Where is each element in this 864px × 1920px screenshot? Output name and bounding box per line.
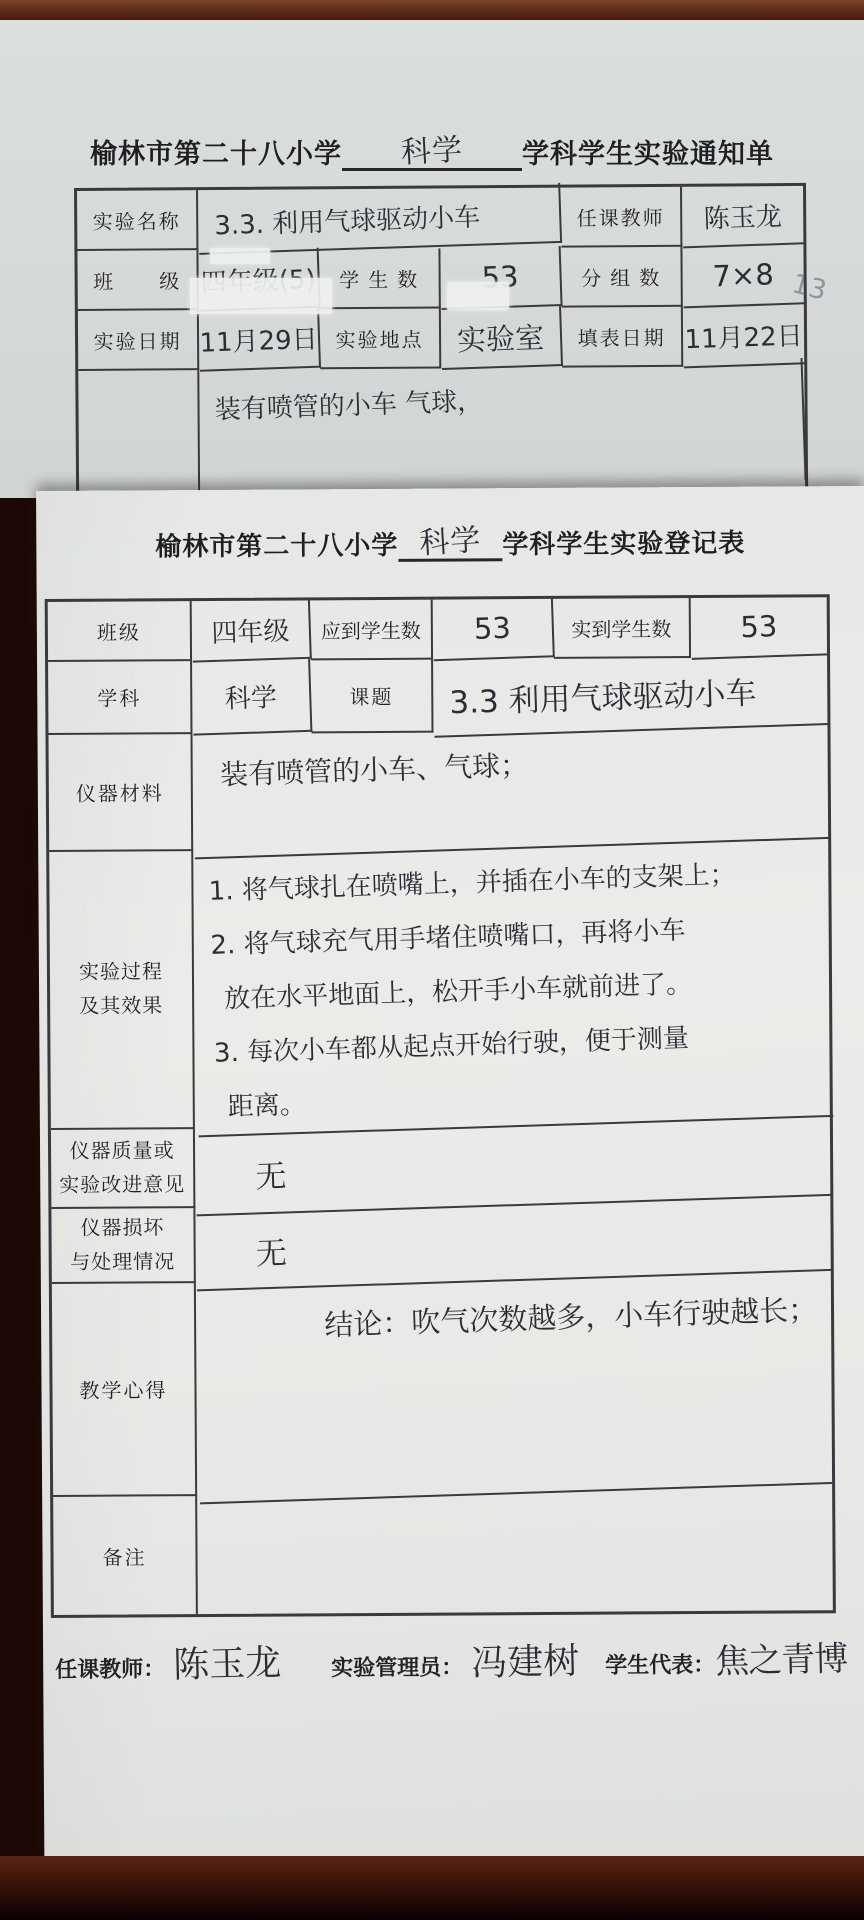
damage-label-line1: 仪器损坏 xyxy=(80,1211,164,1246)
photo-of-experiment-forms: { "photo": { "stray_mark": "13", "colors… xyxy=(0,0,864,1920)
cell-label-remarks: 备注 xyxy=(53,1496,198,1615)
correction-fluid-patch xyxy=(210,248,270,264)
subject-blank-line: 科学 xyxy=(342,135,522,171)
cell-label-topic: 课题 xyxy=(311,660,433,734)
notification-form-title: 榆林市第二十八小学科学学科学生实验通知单 xyxy=(0,132,864,171)
cell-value-group-count: 7×8 xyxy=(682,244,805,308)
cell-value-location: 实验室 xyxy=(440,306,563,370)
cell-label-experiment-name: 实验名称 xyxy=(77,190,198,251)
cell-label-class: 班 级 xyxy=(77,250,198,311)
title-prefix: 榆林市第二十八小学 xyxy=(155,531,398,561)
cell-label-student-count: 学 生 数 xyxy=(319,248,440,309)
title-suffix: 学科学生实验通知单 xyxy=(522,139,774,169)
registration-form-title: 榆林市第二十八小学科学学科学生实验登记表 xyxy=(36,522,864,564)
damage-label-line2: 与处理情况 xyxy=(70,1245,175,1280)
notification-form-paper: 榆林市第二十八小学科学学科学生实验通知单 实验名称 3.3. 利用气球驱动小车 … xyxy=(0,20,864,498)
cell-label-process: 实验过程 及其效果 xyxy=(49,851,195,1130)
signature-manager-label: 实验管理员： xyxy=(331,1654,463,1680)
signature-student: 学生代表：焦之青博 xyxy=(605,1632,847,1682)
title-prefix: 榆林市第二十八小学 xyxy=(90,139,342,169)
cell-label-subject: 学科 xyxy=(48,661,192,735)
cell-label-experiment-date: 实验日期 xyxy=(78,310,199,371)
signature-teacher-name: 陈玉龙 xyxy=(173,1635,282,1689)
cell-value-remarks xyxy=(197,1492,833,1614)
correction-fluid-patch xyxy=(190,278,332,314)
cell-label-materials: 仪器材料 xyxy=(49,734,194,852)
cell-value-experiment-date: 11月29日 xyxy=(198,308,321,372)
cell-label-damage: 仪器损坏 与处理情况 xyxy=(51,1208,195,1284)
signature-student-name: 焦之青博 xyxy=(715,1631,848,1683)
handwritten-subject: 科学 xyxy=(400,133,464,169)
process-step: 距离。 xyxy=(215,1078,307,1135)
cell-label-location: 实验地点 xyxy=(320,308,441,369)
registration-table: 班级 四年级 应到学生数 53 实到学生数 53 学科 科学 课题 3.3 利用… xyxy=(45,594,836,1618)
handwritten-subject: 科学 xyxy=(418,524,482,561)
cell-label-class: 班级 xyxy=(48,601,192,662)
subject-blank-line: 科学 xyxy=(398,525,502,562)
signature-manager: 实验管理员：冯建树 xyxy=(331,1634,579,1687)
cell-label-quality: 仪器质量或 实验改进意见 xyxy=(51,1129,195,1209)
cell-value-materials: 装有喷管的小车、气球； xyxy=(191,722,829,859)
cell-value-actual-students: 53 xyxy=(690,595,828,659)
cell-label-actual-students: 实到学生数 xyxy=(554,598,691,659)
cell-value-class: 四年级 xyxy=(191,599,312,663)
desk-edge-bottom xyxy=(0,1856,864,1920)
correction-fluid-patch xyxy=(447,282,509,310)
cell-value-process: 1. 将气球扎在喷嘴上，并插在小车的支架上； 2. 将气球充气用手堵住喷嘴口，再… xyxy=(190,839,834,1137)
cell-label-fill-date: 填表日期 xyxy=(562,307,683,368)
cell-label-expected-students: 应到学生数 xyxy=(311,600,433,661)
process-label-line2: 及其效果 xyxy=(79,989,163,1024)
cell-value-materials-partial: 装有喷管的小车 气球， xyxy=(198,358,807,500)
cell-value-reflection: 结论：吹气次数越多，小车行驶越长； xyxy=(193,1271,835,1504)
quality-label-line2: 实验改进意见 xyxy=(59,1168,185,1203)
notification-table: 实验名称 3.3. 利用气球驱动小车 任课教师 陈玉龙 班 级 四年级(5) 学… xyxy=(74,183,808,496)
cell-value-subject: 科学 xyxy=(191,659,312,736)
signature-student-label: 学生代表： xyxy=(605,1652,715,1678)
cell-label-materials-partial xyxy=(78,370,200,493)
process-label-line1: 实验过程 xyxy=(79,955,163,990)
cell-value-experiment-name: 3.3. 利用气球驱动小车 xyxy=(197,183,562,255)
registration-form-paper: 榆林市第二十八小学科学学科学生实验登记表 班级 四年级 应到学生数 53 实到学… xyxy=(36,486,864,1863)
cell-label-teacher: 任课教师 xyxy=(561,187,682,248)
title-suffix: 学科学生实验登记表 xyxy=(502,529,745,559)
quality-label-line1: 仪器质量或 xyxy=(69,1134,174,1169)
signature-manager-name: 冯建树 xyxy=(471,1633,580,1687)
cell-value-expected-students: 53 xyxy=(432,597,555,661)
signature-teacher-label: 任课教师： xyxy=(55,1656,165,1682)
signature-teacher: 任课教师：陈玉龙 xyxy=(55,1636,281,1688)
cell-value-teacher: 陈玉龙 xyxy=(681,184,804,248)
cell-label-group-count: 分 组 数 xyxy=(561,247,682,308)
cell-label-reflection: 教学心得 xyxy=(52,1283,197,1497)
